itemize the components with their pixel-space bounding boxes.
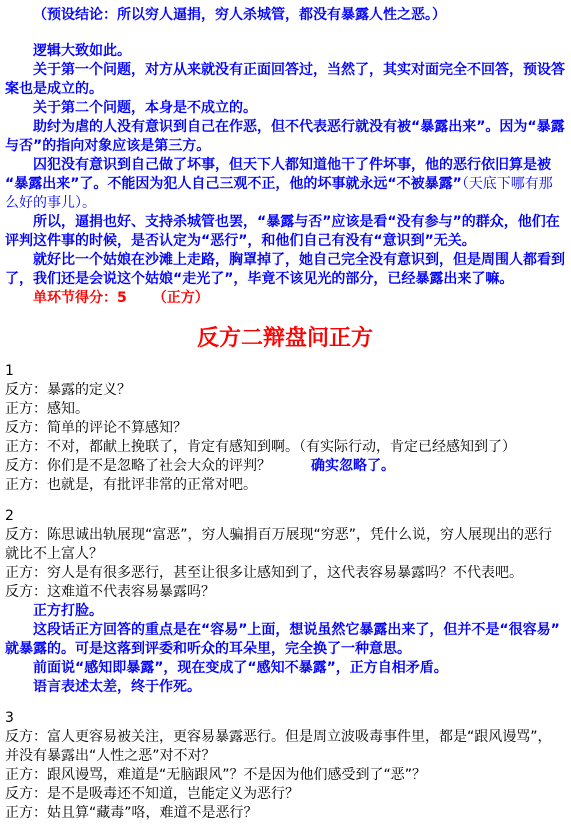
dialogue-line: 反方：这难道不代表容易暴露吗？ xyxy=(5,583,565,602)
dialogue-line: 反方：你们是不是忽略了社会大众的评判？确实忽略了。 xyxy=(5,457,565,476)
judge-commentary: 正方打脸。 这段话正方回答的重点是在“容易”上面，想说虽然它暴露出来了，但并不是… xyxy=(5,602,565,697)
dialogue-line: 反方：暴露的定义？ xyxy=(5,381,565,400)
intro-paragraph-prisoner: 囚犯没有意识到自己做了坏事，但天下人都知道他干了件坏事，他的恶行依旧算是被“暴露… xyxy=(5,156,565,213)
intro-paragraph-conclusion: 所以，逼捐也好、支持杀城管也罢，“暴露与否”应该是看“没有参与”的群众，他们在评… xyxy=(5,213,565,251)
preset-conclusion: （预设结论：所以穷人逼捐，穷人杀城管，都没有暴露人性之恶。） xyxy=(5,6,565,25)
judge-inline-comment: 确实忽略了。 xyxy=(311,458,395,474)
dialogue-line: 正方：跟风谩骂，难道是“无脑跟风”？不是因为他们感受到了“恶”？ xyxy=(5,766,565,785)
commentary-paragraph: 这段话正方回答的重点是在“容易”上面，想说虽然它暴露出来了，但并不是“很容易”就… xyxy=(5,621,565,659)
dialogue-line: 反方：是不是吸毒还不知道，岂能定义为恶行？ xyxy=(5,785,565,804)
intro-paragraph-logic: 逻辑大致如此。 xyxy=(5,42,565,61)
intro-paragraph-abettor: 助纣为虐的人没有意识到自己在作恶，但不代表恶行就没有被“暴露出来”。因为“暴露与… xyxy=(5,118,565,156)
intro-analysis: （预设结论：所以穷人逼捐，穷人杀城管，都没有暴露人性之恶。） 逻辑大致如此。 关… xyxy=(5,6,565,289)
section-number: 3 xyxy=(5,709,565,728)
dialogue-line: 正方：也就是，有批评非常的正常对吧。 xyxy=(5,476,565,495)
document-page: （预设结论：所以穷人逼捐，穷人杀城管，都没有暴露人性之恶。） 逻辑大致如此。 关… xyxy=(0,0,571,829)
dialogue-line: 正方：姑且算“藏毒”咯，难道不是恶行？ xyxy=(5,804,565,823)
commentary-paragraph: 语言表述太差，终于作死。 xyxy=(5,678,565,697)
intro-paragraph-question1: 关于第一个问题，对方从来就没有正面回答过，当然了，其实对面完全不回答，预设答案也… xyxy=(5,61,565,99)
dialogue-line: 反方：陈思诚出轨展现“富恶”，穷人骗捐百万展现“穷恶”，凭什么说，穷人展现出的恶… xyxy=(5,526,565,564)
score-line: 单环节得分：5（正方） xyxy=(5,289,565,308)
dialogue-line: 反方：富人更容易被关注，更容易暴露恶行。但是周立波吸毒事件里，都是“跟风谩骂”，… xyxy=(5,728,565,766)
section-heading: 反方二辩盘问正方 xyxy=(5,324,565,353)
commentary-paragraph: 前面说“感知即暴露”，现在变成了“感知不暴露”，正方自相矛盾。 xyxy=(5,659,565,678)
dialogue-line: 正方：穷人是有很多恶行，甚至让很多让感知到了，这代表容易暴露吗？不代表吧。 xyxy=(5,564,565,583)
section-number: 1 xyxy=(5,362,565,381)
score-text: 单环节得分：5 xyxy=(33,290,127,306)
dialogue-line: 正方：感知。 xyxy=(5,400,565,419)
qa-section-1: 1 反方：暴露的定义？ 正方：感知。 反方：简单的评论不算感知？ 正方：不对，都… xyxy=(5,362,565,495)
score-winner: （正方） xyxy=(153,290,209,306)
commentary-paragraph: 正方打脸。 xyxy=(5,602,565,621)
intro-paragraph-question2: 关于第二个问题，本身是不成立的。 xyxy=(5,99,565,118)
dialogue-text: 反方：你们是不是忽略了社会大众的评判？ xyxy=(5,458,271,474)
qa-section-3: 3 反方：富人更容易被关注，更容易暴露恶行。但是周立波吸毒事件里，都是“跟风谩骂… xyxy=(5,709,565,823)
dialogue-line: 正方：不对，都献上挽联了，肯定有感知到啊。（有实际行动，肯定已经感知到了） xyxy=(5,438,565,457)
intro-paragraph-analogy: 就好比一个姑娘在沙滩上走路，胸罩掉了，她自己完全没有意识到，但是周围人都看到了，… xyxy=(5,251,565,289)
qa-section-2: 2 反方：陈思诚出轨展现“富恶”，穷人骗捐百万展现“穷恶”，凭什么说，穷人展现出… xyxy=(5,507,565,697)
section-number: 2 xyxy=(5,507,565,526)
dialogue-line: 反方：简单的评论不算感知？ xyxy=(5,419,565,438)
